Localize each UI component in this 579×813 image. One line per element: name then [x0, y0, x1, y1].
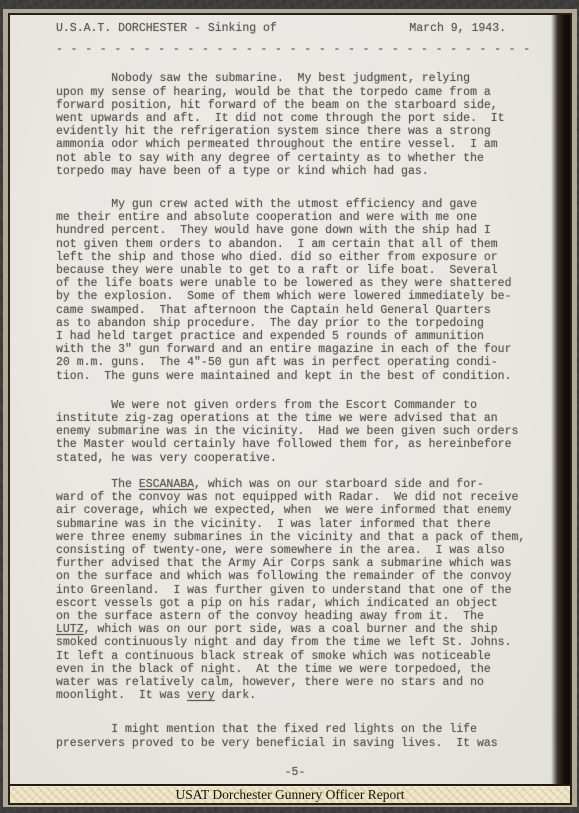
paragraph: We were not given orders from the Escort…: [56, 399, 534, 465]
text-line: came swamped. That afternoon the Captain…: [56, 304, 534, 317]
text-line: My gun crew acted with the utmost effici…: [56, 198, 534, 211]
text-line: tion. The guns were maintained and kept …: [56, 370, 534, 383]
document-title: U.S.A.T. DORCHESTER - Sinking of: [56, 22, 277, 35]
text-line: LUTZ, which was on our port side, was a …: [56, 623, 534, 636]
text-line: smoked continuously night and day from t…: [56, 636, 534, 649]
text-line: institute zig-zag operations at the time…: [56, 412, 534, 425]
text-line: ward of the convoy was not equipped with…: [56, 491, 534, 504]
text-line: torpedo may have been of a type or kind …: [56, 165, 534, 178]
document-date: March 9, 1943.: [409, 22, 506, 35]
page-content: U.S.A.T. DORCHESTER - Sinking of March 9…: [10, 15, 570, 784]
text-line: by the explosion. Some of them which wer…: [56, 290, 534, 303]
paragraph: My gun crew acted with the utmost effici…: [56, 198, 534, 383]
text-line: evidently hit the refrigeration system s…: [56, 125, 534, 138]
text-line: because they were unable to get to a raf…: [56, 264, 534, 277]
text-line: 20 m.m. guns. The 4"-50 gun aft was in p…: [56, 356, 534, 369]
document-body: Nobody saw the submarine. My best judgme…: [56, 72, 534, 749]
text-line: were three enemy submarines in the vicin…: [56, 531, 534, 544]
caption-bar: USAT Dorchester Gunnery Officer Report: [10, 784, 570, 803]
separator-dashed-line: - - - - - - - - - - - - - - - - - - - - …: [56, 43, 534, 56]
text-line: escort vessels got a pip on his radar, w…: [56, 597, 534, 610]
text-line: me their entire and absolute cooperation…: [56, 211, 534, 224]
text-line: forward position, hit forward of the bea…: [56, 99, 534, 112]
page-number: -5-: [56, 766, 534, 779]
text-line: went upwards and aft. It did not come th…: [56, 112, 534, 125]
document-inner-border: U.S.A.T. DORCHESTER - Sinking of March 9…: [8, 13, 572, 805]
document-frame: U.S.A.T. DORCHESTER - Sinking of March 9…: [3, 9, 577, 807]
text-line: even in the black of night. At the time …: [56, 663, 534, 676]
text-line: on the surface and which was following t…: [56, 570, 534, 583]
text-line: I might mention that the fixed red light…: [56, 723, 534, 736]
text-line: I had held target practice and expended …: [56, 330, 534, 343]
text-line: submarine was in the vicinity. I was lat…: [56, 518, 534, 531]
paragraph: I might mention that the fixed red light…: [56, 723, 534, 749]
paragraph: The ESCANABA, which was on our starboard…: [56, 478, 534, 702]
text-line: We were not given orders from the Escort…: [56, 399, 534, 412]
text-line: air coverage, which we expected, when we…: [56, 504, 534, 517]
text-line: as to abandon ship procedure. The day pr…: [56, 317, 534, 330]
text-line: water was relatively calm, however, ther…: [56, 676, 534, 689]
text-line: preservers proved to be very beneficial …: [56, 737, 534, 750]
text-line: The ESCANABA, which was on our starboard…: [56, 478, 534, 491]
page-edge-shadow: [551, 15, 570, 784]
text-line: left the ship and those who died. did so…: [56, 251, 534, 264]
paragraph: Nobody saw the submarine. My best judgme…: [56, 72, 534, 178]
text-line: of the life boats were unable to be lowe…: [56, 277, 534, 290]
text-line: consisting of twenty-one, were somewhere…: [56, 544, 534, 557]
text-line: on the surface astern of the convoy head…: [56, 610, 534, 623]
text-line: the Master would certainly have followed…: [56, 438, 534, 451]
text-line: upon my sense of hearing, would be that …: [56, 86, 534, 99]
text-line: stated, he was very cooperative.: [56, 452, 534, 465]
text-line: with the 3" gun forward and an entire ma…: [56, 343, 534, 356]
text-line: not able to say with any degree of certa…: [56, 152, 534, 165]
text-line: not given them orders to abandon. I am c…: [56, 238, 534, 251]
text-line: into Greenland. I was further given to u…: [56, 584, 534, 597]
text-line: enemy submarine was in the vicinity. Had…: [56, 425, 534, 438]
text-line: moonlight. It was very dark.: [56, 689, 534, 702]
document-header: U.S.A.T. DORCHESTER - Sinking of March 9…: [56, 22, 534, 35]
document-page: U.S.A.T. DORCHESTER - Sinking of March 9…: [10, 15, 570, 784]
text-line: Nobody saw the submarine. My best judgme…: [56, 72, 534, 85]
caption-text: USAT Dorchester Gunnery Officer Report: [176, 787, 405, 803]
text-line: It left a continuous black streak of smo…: [56, 650, 534, 663]
text-line: ammonia odor which permeated throughout …: [56, 138, 534, 151]
text-line: further advised that the Army Air Corps …: [56, 557, 534, 570]
text-line: hundred percent. They would have gone do…: [56, 224, 534, 237]
